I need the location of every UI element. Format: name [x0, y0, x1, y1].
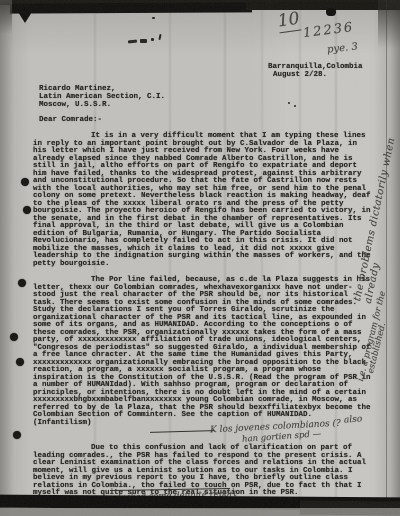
scan-edge-right-line [386, 0, 387, 516]
scan-edge-blob [326, 8, 336, 16]
paragraph-2: The Por line failed, because, as c.de la… [33, 277, 375, 427]
scanned-letter-page: Barranquilla,Colombia August 2/28. Ricar… [0, 0, 400, 516]
ink-speck [158, 34, 161, 40]
scan-edge-top-left [10, 2, 252, 13]
ink-speck [152, 17, 155, 19]
scan-edge-wedge [18, 12, 32, 23]
handwritten-inline-also: also [344, 414, 363, 425]
salutation: Dear Comrade:- [39, 117, 102, 125]
strikeout-infantilism [150, 430, 214, 433]
ink-speck [151, 38, 154, 41]
scan-edge-corner-left [0, 0, 12, 34]
ink-blot [18, 279, 26, 287]
place-date-line-2: August 2/28. [273, 72, 327, 80]
ink-speck [140, 39, 147, 43]
handwritten-archive-number: 12236 [302, 20, 355, 41]
scan-edge-top-right [246, 2, 400, 10]
ink-blot [21, 178, 29, 186]
ink-speck [128, 40, 137, 44]
ink-blot [23, 206, 31, 214]
handwritten-top-number: 10 [277, 9, 301, 34]
ink-blot [10, 333, 18, 341]
recipient-city: Moscow, U.S.S.R. [39, 102, 111, 110]
scan-edge-corner-right [378, 0, 400, 48]
ink-blot [16, 358, 24, 366]
ink-speck [294, 105, 296, 107]
paragraph-1: It is in a very difficult moment that I … [33, 133, 375, 268]
scan-edge-bottom-gray [0, 508, 400, 516]
ink-speck [288, 102, 290, 104]
ink-blot [13, 431, 21, 439]
handwritten-page-note: руе. 3 [327, 41, 359, 55]
